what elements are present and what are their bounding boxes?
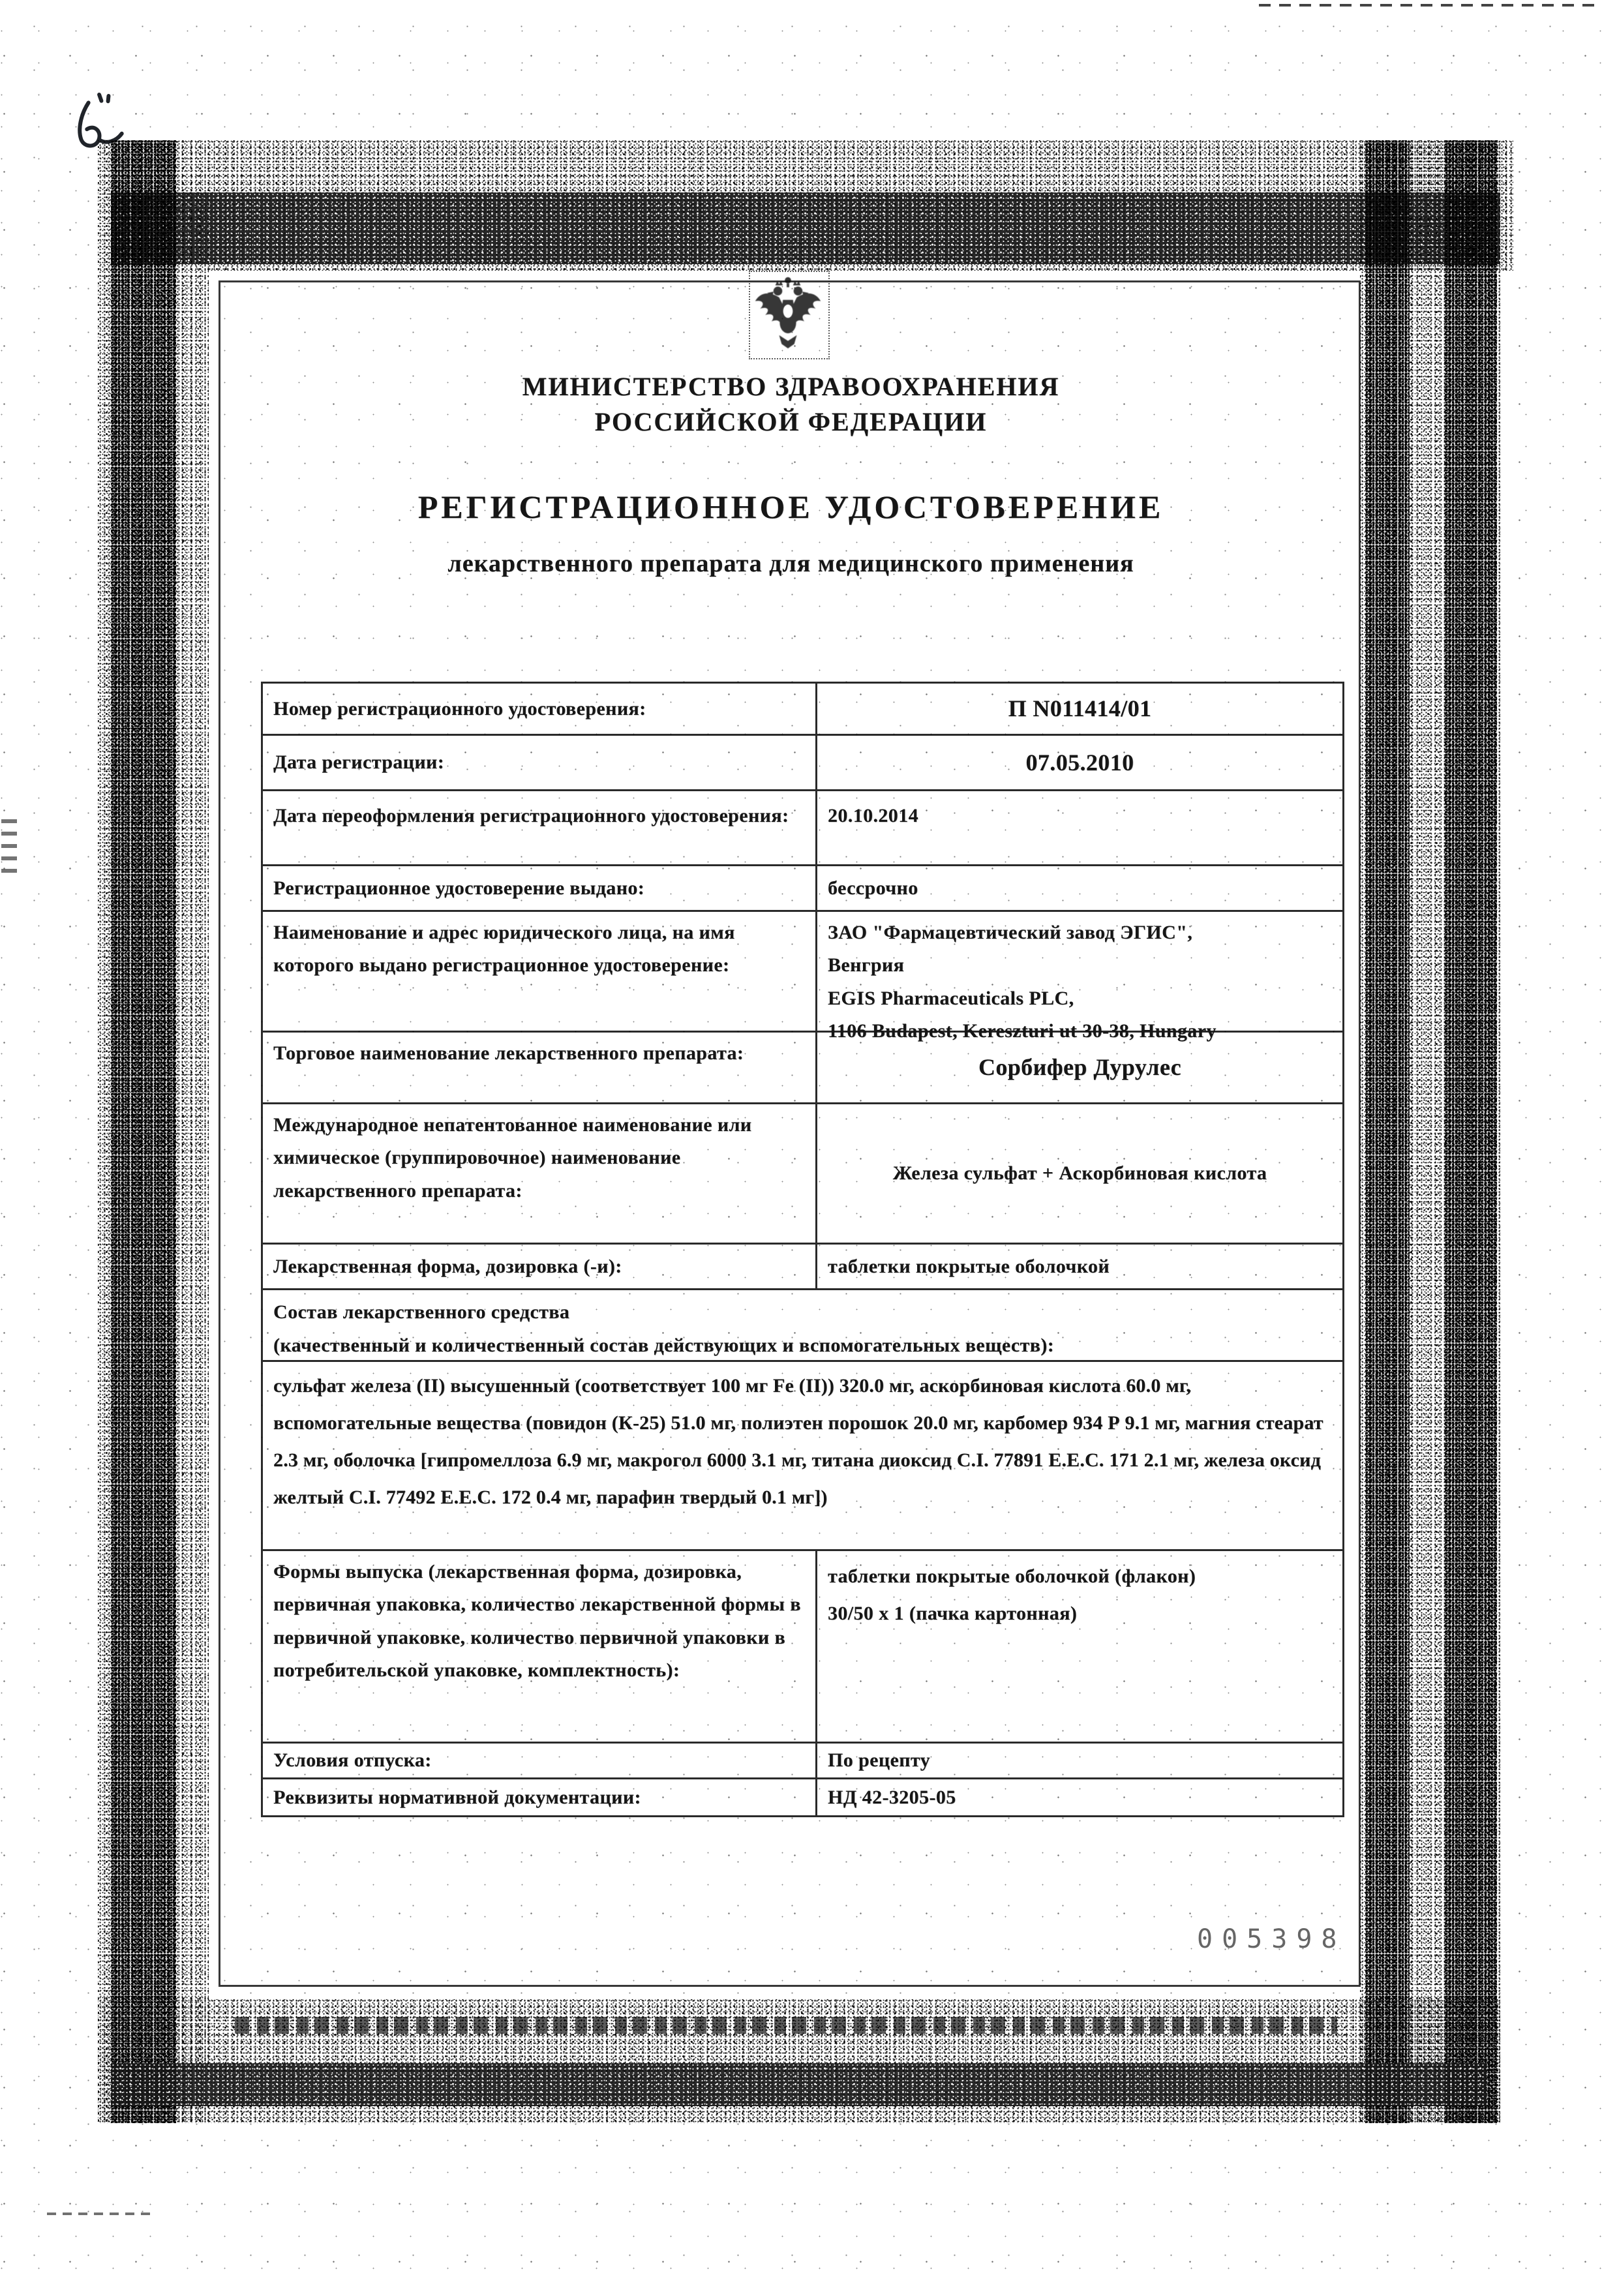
row-value: таблетки покрытые оболочкой bbox=[817, 1245, 1342, 1288]
table-row-number: Номер регистрационного удостоверения: П … bbox=[263, 684, 1342, 736]
row-label: Международное непатентованное наименован… bbox=[263, 1104, 817, 1243]
scan-artifact-dotted-line bbox=[1259, 4, 1598, 7]
row-value: бессрочно bbox=[817, 866, 1342, 910]
row-label: Дата переоформления регистрационного удо… bbox=[263, 791, 817, 864]
document-title: РЕГИСТРАЦИОННОЕ УДОСТОВЕРЕНИЕ bbox=[222, 488, 1360, 526]
frame-band-top bbox=[98, 140, 1513, 271]
row-value: Сорбифер Дурулес bbox=[817, 1033, 1342, 1102]
row-value: Железа сульфат + Аскорбиновая кислота bbox=[817, 1104, 1342, 1243]
row-value: По рецепту bbox=[817, 1744, 1342, 1777]
ministry-line-1: МИНИСТЕРСТВО ЗДРАВООХРАНЕНИЯ bbox=[222, 369, 1360, 404]
table-row-reissue-date: Дата переоформления регистрационного удо… bbox=[263, 791, 1342, 866]
frame-band-right bbox=[1360, 140, 1500, 2123]
row-value: 07.05.2010 bbox=[817, 736, 1342, 789]
scan-artifact-dash bbox=[47, 2213, 151, 2215]
row-label: Дата регистрации: bbox=[263, 736, 817, 789]
coat-of-arms-emblem bbox=[749, 271, 830, 359]
registration-table: Номер регистрационного удостоверения: П … bbox=[261, 682, 1344, 1817]
row-value: 20.10.2014 bbox=[817, 791, 1342, 864]
table-row-dosage-form: Лекарственная форма, дозировка (-и): таб… bbox=[263, 1245, 1342, 1290]
serial-number: 005398 bbox=[1197, 1924, 1346, 1954]
row-value: НД 42-3205-05 bbox=[817, 1779, 1342, 1815]
table-row-validity: Регистрационное удостоверение выдано: бе… bbox=[263, 866, 1342, 912]
table-row-release-forms: Формы выпуска (лекарственная форма, дози… bbox=[263, 1551, 1342, 1744]
row-label: Реквизиты нормативной документации: bbox=[263, 1779, 817, 1815]
frame-bottom-text-traces bbox=[235, 2017, 1337, 2034]
frame-band-left bbox=[98, 140, 209, 2123]
certificate-sheet: МИНИСТЕРСТВО ЗДРАВООХРАНЕНИЯ РОССИЙСКОЙ … bbox=[0, 0, 1602, 2296]
composition-label: Состав лекарственного средства (качестве… bbox=[263, 1290, 1342, 1360]
table-row-normative-docs: Реквизиты нормативной документации: НД 4… bbox=[263, 1779, 1342, 1815]
frame-band-right-dense-1 bbox=[1365, 140, 1410, 2123]
table-row-reg-date: Дата регистрации: 07.05.2010 bbox=[263, 736, 1342, 791]
row-value: ЗАО "Фармацевтический завод ЭГИС", Венгр… bbox=[817, 912, 1342, 1031]
row-label: Лекарственная форма, дозировка (-и): bbox=[263, 1245, 817, 1288]
row-label: Регистрационное удостоверение выдано: bbox=[263, 866, 817, 910]
row-label: Формы выпуска (лекарственная форма, дози… bbox=[263, 1551, 817, 1742]
row-label: Номер регистрационного удостоверения: bbox=[263, 684, 817, 734]
frame-band-top-dark-stripe bbox=[111, 192, 1500, 264]
table-row-holder: Наименование и адрес юридического лица, … bbox=[263, 912, 1342, 1033]
frame-band-left-dense bbox=[111, 140, 176, 2123]
row-value: П N011414/01 bbox=[817, 684, 1342, 734]
composition-text: сульфат железа (II) высушенный (соответс… bbox=[263, 1362, 1342, 1549]
table-row-composition-header: Состав лекарственного средства (качестве… bbox=[263, 1290, 1342, 1362]
double-headed-eagle-icon bbox=[750, 272, 826, 355]
row-label: Торговое наименование лекарственного пре… bbox=[263, 1033, 817, 1102]
row-value: таблетки покрытые оболочкой (флакон) 30/… bbox=[817, 1551, 1342, 1742]
frame-band-right-dense-2 bbox=[1445, 140, 1497, 2123]
table-row-trade-name: Торговое наименование лекарственного пре… bbox=[263, 1033, 1342, 1104]
scan-artifact-edge-marks bbox=[1, 814, 17, 873]
ministry-line-2: РОССИЙСКОЙ ФЕДЕРАЦИИ bbox=[222, 404, 1360, 440]
row-label: Условия отпуска: bbox=[263, 1744, 817, 1777]
row-label: Наименование и адрес юридического лица, … bbox=[263, 912, 817, 1031]
table-row-composition-text: сульфат железа (II) высушенный (соответс… bbox=[263, 1362, 1342, 1551]
table-row-inn: Международное непатентованное наименован… bbox=[263, 1104, 1342, 1245]
document-subtitle: лекарственного препарата для медицинског… bbox=[222, 549, 1360, 578]
ministry-name: МИНИСТЕРСТВО ЗДРАВООХРАНЕНИЯ РОССИЙСКОЙ … bbox=[222, 369, 1360, 440]
table-row-dispensing: Условия отпуска: По рецепту bbox=[263, 1744, 1342, 1779]
frame-band-bottom-dark-stripe bbox=[111, 2063, 1487, 2106]
